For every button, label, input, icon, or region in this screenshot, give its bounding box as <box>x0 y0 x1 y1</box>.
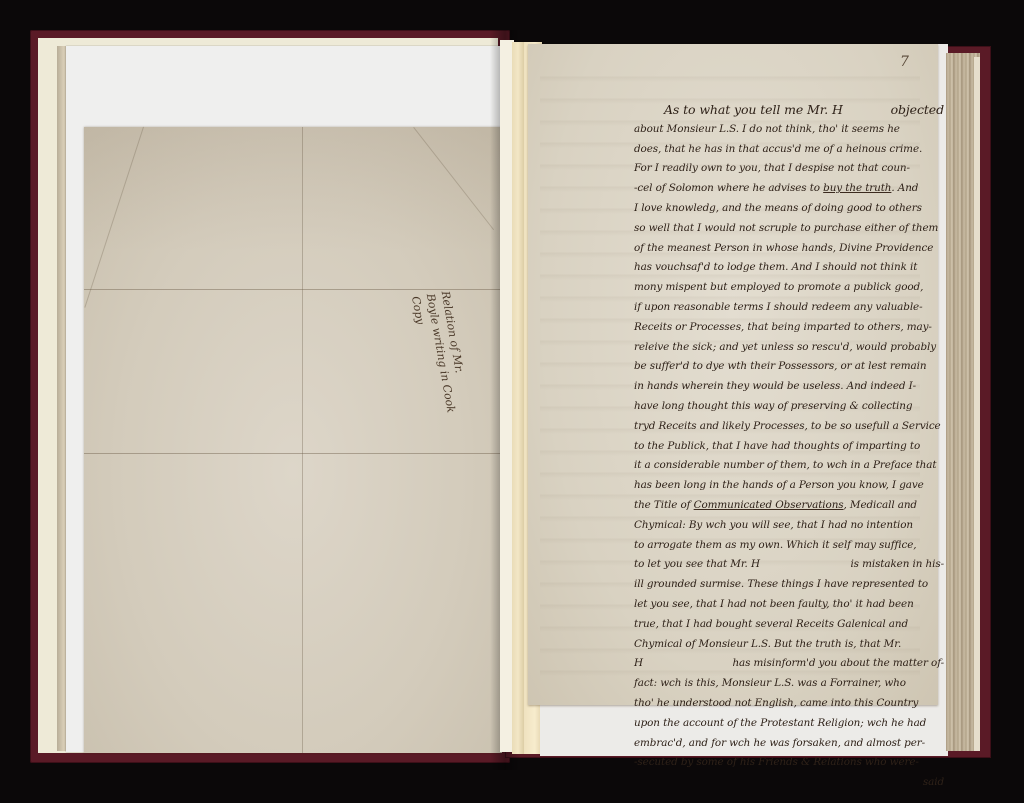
manuscript-line: true, that I had bought several Receits … <box>634 615 944 635</box>
manuscript-line: so well that I would not scruple to purc… <box>634 219 944 239</box>
catchword: said <box>923 773 944 793</box>
manuscript-line: upon the account of the Protestant Relig… <box>634 714 944 734</box>
manuscript-line: Receits or Processes, that being imparte… <box>634 318 944 338</box>
fore-edge-lip <box>974 57 980 751</box>
manuscript-line: to arrogate them as my own. Which it sel… <box>634 536 944 556</box>
manuscript-line: to the Publick, that I have had thoughts… <box>634 437 944 457</box>
manuscript-line: let you see, that I had not been faulty,… <box>634 595 944 615</box>
manuscript-line: I love knowledg, and the means of doing … <box>634 199 944 219</box>
manuscript-line: of the meanest Person in whose hands, Di… <box>634 239 944 259</box>
manuscript-line: does, that he has in that accus'd me of … <box>634 140 944 160</box>
manuscript-line: to let you see that Mr. His mistaken in … <box>634 555 944 575</box>
manuscript-line: tryd Receits and likely Processes, to be… <box>634 417 944 437</box>
manuscript-line: has vouchsaf'd to lodge them. And I shou… <box>634 258 944 278</box>
fold-line <box>302 127 303 753</box>
underlined-phrase: buy the truth <box>823 179 891 199</box>
manuscript-line: the Title of Communicated Observations, … <box>634 496 944 516</box>
fold-line <box>84 127 144 308</box>
manuscript-line: Hhas misinform'd you about the matter of… <box>634 654 944 674</box>
underlined-phrase: Communicated Observations <box>694 496 844 516</box>
folio-number: 7 <box>900 54 909 70</box>
manuscript-line: mony mispent but employed to promote a p… <box>634 278 944 298</box>
manuscript-line: Chymical of Monsieur L.S. But the truth … <box>634 635 944 655</box>
manuscript-line: -cel of Solomon where he advises to buy … <box>634 179 944 199</box>
manuscript-text: As to what you tell me Mr. Hobjected abo… <box>634 100 944 793</box>
manuscript-line: As to what you tell me Mr. Hobjected <box>634 100 944 120</box>
manuscript-line: tho' he understood not English, came int… <box>634 694 944 714</box>
manuscript-line: ill grounded surmise. These things I hav… <box>634 575 944 595</box>
fold-line <box>413 127 494 230</box>
catchword-line: said <box>634 773 944 793</box>
fold-line <box>84 289 502 290</box>
manuscript-line: be suffer'd to dye wth their Possessors,… <box>634 357 944 377</box>
manuscript-line: have long thought this way of preserving… <box>634 397 944 417</box>
manuscript-line: in hands wherein they would be useless. … <box>634 377 944 397</box>
manuscript-line: has been long in the hands of a Person y… <box>634 476 944 496</box>
manuscript-line: -secuted by some of his Friends & Relati… <box>634 753 944 773</box>
manuscript-line: For I readily own to you, that I despise… <box>634 159 944 179</box>
manuscript-line: if upon reasonable terms I should redeem… <box>634 298 944 318</box>
manuscript-line: releive the sick; and yet unless so resc… <box>634 338 944 358</box>
manuscript-line: fact: wch is this, Monsieur L.S. was a F… <box>634 674 944 694</box>
manuscript-line: it a considerable number of them, to wch… <box>634 456 944 476</box>
manuscript-line: Chymical: By wch you will see, that I ha… <box>634 516 944 536</box>
manuscript-line: embrac'd, and for wch he was forsaken, a… <box>634 734 944 754</box>
manuscript-line: about Monsieur L.S. I do not think, tho'… <box>634 120 944 140</box>
gutter-guard-strip <box>512 42 524 754</box>
